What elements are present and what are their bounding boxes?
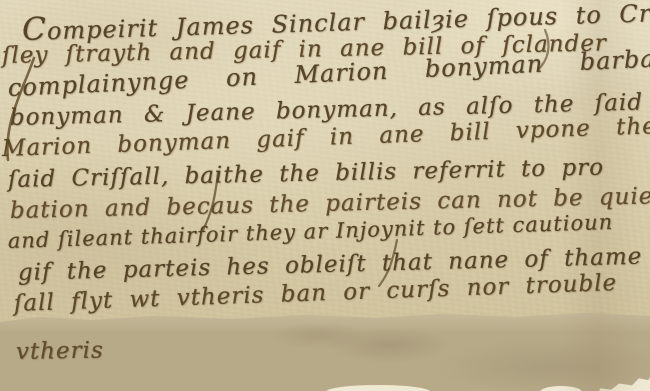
manuscript-scan: Compeirit James Sinclar bailȝie ſpous to… [0,0,650,391]
paper-tear [540,386,582,391]
manuscript-text-block: Compeirit James Sinclar bailȝie ſpous to… [0,12,650,370]
manuscript-line: vtheris [16,328,650,370]
